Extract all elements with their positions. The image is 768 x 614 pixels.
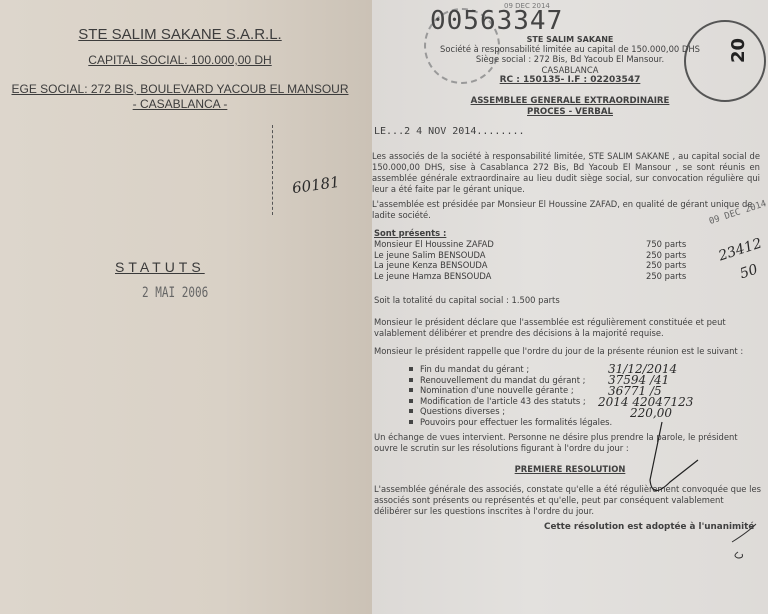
company-name: STE SALIM SAKANE S.A.R.L.	[10, 26, 350, 43]
pv-title: PROCES - VERBAL	[372, 107, 768, 118]
attendee-parts: 250 parts	[646, 271, 686, 281]
right-page-proces-verbal: 20 09 DEC 2014 00563347 STE SALIM SAKANE…	[372, 0, 768, 614]
resolution-title: PREMIERE RESOLUTION	[372, 464, 768, 475]
quorum-paragraph: Monsieur le président déclare que l'asse…	[374, 317, 762, 339]
attendee-parts: 750 parts	[646, 239, 686, 249]
total-parts: Soit la totalité du capital social : 1.5…	[374, 295, 560, 306]
handwritten-note: 60181	[291, 173, 341, 197]
attendee-name: Le jeune Hamza BENSOUDA	[374, 271, 491, 281]
signature-icon	[640, 420, 700, 510]
agenda-item: Modification de l'article 43 des statuts…	[406, 396, 612, 407]
attendee-row: La jeune Kenza BENSOUDA250 parts	[374, 260, 704, 270]
attendee-parts: 250 parts	[646, 260, 686, 270]
presidency-paragraph: L'assemblée est présidée par Monsieur El…	[372, 199, 760, 221]
debate-paragraph: Un échange de vues intervient. Personne …	[374, 432, 762, 454]
resolution-text: L'assemblée générale des associés, const…	[374, 484, 762, 517]
agenda-item: Fin du mandat du gérant ;	[406, 364, 612, 375]
capital-social: CAPITAL SOCIAL: 100.000,00 DH	[10, 53, 350, 67]
attendee-row: Monsieur El Houssine ZAFAD750 parts	[374, 239, 704, 249]
attendee-row: Le jeune Salim BENSOUDA250 parts	[374, 250, 704, 260]
siege-social: EGE SOCIAL: 272 BIS, BOULEVARD YACOUB EL…	[0, 82, 380, 96]
attendee-name: Monsieur El Houssine ZAFAD	[374, 239, 494, 249]
agenda-item: Questions diverses ;	[406, 406, 612, 417]
attendee-row: Le jeune Hamza BENSOUDA250 parts	[374, 271, 704, 281]
resolution-result: Cette résolution est adoptée à l'unanimi…	[544, 522, 754, 533]
attendee-name: La jeune Kenza BENSOUDA	[374, 260, 487, 270]
attendee-name: Le jeune Salim BENSOUDA	[374, 250, 486, 260]
siege-city: - CASABLANCA -	[10, 97, 350, 111]
assembly-title: ASSEMBLEE GENERALE EXTRAORDINAIRE	[372, 96, 768, 107]
handwritten-mark	[272, 125, 274, 215]
left-page-statuts: STE SALIM SAKANE S.A.R.L. CAPITAL SOCIAL…	[0, 0, 372, 614]
agenda-item: Nomination d'une nouvelle gérante ;	[406, 385, 612, 396]
meeting-date: LE...2 4 NOV 2014........	[374, 126, 525, 137]
agenda-item: Pouvoirs pour effectuer les formalités l…	[406, 417, 612, 428]
agenda-item: Renouvellement du mandat du gérant ;	[406, 375, 612, 386]
handwritten-note: 220,00	[630, 406, 672, 420]
registration-number: 00563347	[430, 6, 563, 36]
handwritten-side-note-2: 50	[738, 262, 760, 283]
agenda-list: Fin du mandat du gérant ;Renouvellement …	[406, 364, 612, 427]
header-rc-if: RC : 150135- I.F : 02203547	[372, 75, 768, 86]
date-stamp: 2 MAI 2006	[142, 284, 208, 301]
document-type: STATUTS	[115, 259, 205, 275]
agenda-intro: Monsieur le président rappelle que l'ord…	[374, 346, 743, 357]
handwritten-side-note-1: 23412	[717, 236, 764, 265]
attendee-parts: 250 parts	[646, 250, 686, 260]
initials-icon	[728, 520, 758, 560]
present-heading: Sont présents :	[374, 228, 446, 239]
intro-paragraph: Les associés de la société à responsabil…	[372, 151, 760, 195]
header-address: Siège social : 272 Bis, Bd Yacoub El Man…	[372, 54, 768, 65]
